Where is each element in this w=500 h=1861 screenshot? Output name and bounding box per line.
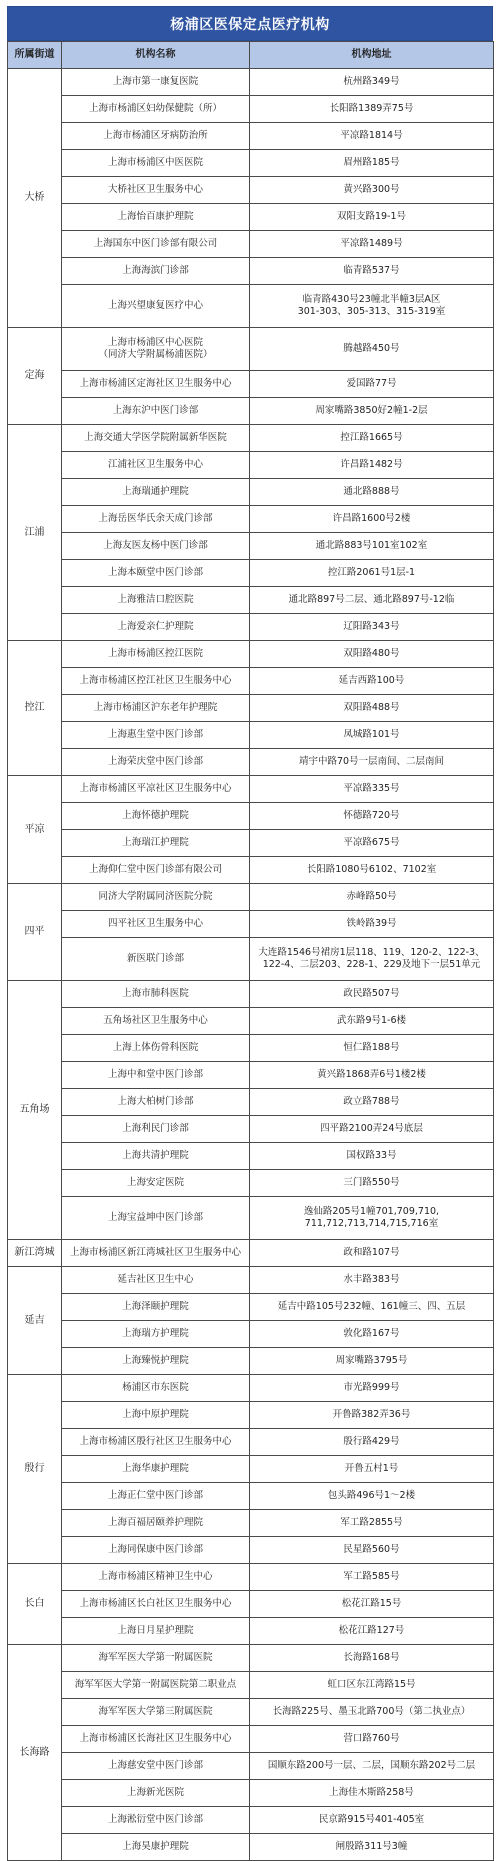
institution-name: 上海怀德护理院 bbox=[64, 810, 247, 822]
institution-name: 上海市肺科医院 bbox=[64, 988, 247, 1000]
institution-address: 殷行路429号 bbox=[252, 1436, 491, 1448]
institution-name-cell: 四平社区卫生服务中心 bbox=[62, 911, 250, 938]
institution-address: 双阳支路19-1号 bbox=[252, 211, 491, 223]
institution-address: 长阳路1389弄75号 bbox=[252, 103, 491, 115]
institution-address: 许昌路1600号2楼 bbox=[252, 513, 491, 525]
institution-name-cell: 海军军医大学第一附属医院 bbox=[62, 1645, 250, 1672]
institution-address-cell: 长海路225号、墨玉北路700号（第二执业点） bbox=[250, 1699, 494, 1726]
institution-name-cell: 延吉社区卫生中心 bbox=[62, 1267, 250, 1294]
institution-name-cell: 上海兴望康复医疗中心 bbox=[62, 285, 250, 328]
institution-address-cell: 控江路1665号 bbox=[250, 425, 494, 452]
institution-address-cell: 怀德路720号 bbox=[250, 803, 494, 830]
institution-address: 通北路897号二层、通北路897号-12临 bbox=[252, 594, 491, 606]
institution-address: 平凉路1489号 bbox=[252, 238, 491, 250]
institution-address: 黄兴路300号 bbox=[252, 184, 491, 196]
header-name: 机构名称 bbox=[62, 42, 250, 69]
institution-name: 上海惠生堂中医门诊部 bbox=[64, 729, 247, 741]
table-row: 上海中原护理院开鲁路382弄36号 bbox=[8, 1402, 494, 1429]
institution-address: 凤城路101号 bbox=[252, 729, 491, 741]
institution-name: 上海上体伤骨科医院 bbox=[64, 1042, 247, 1054]
table-header-row: 所属街道 机构名称 机构地址 bbox=[8, 42, 494, 69]
institution-address-cell: 武东路9号1-6楼 bbox=[250, 1008, 494, 1035]
institution-name-cell: 上海市杨浦区殷行社区卫生服务中心 bbox=[62, 1429, 250, 1456]
institution-name-cell: 上海安定医院 bbox=[62, 1170, 250, 1197]
table-row: 四平同济大学附属同济医院分院赤峰路50号 bbox=[8, 884, 494, 911]
institution-address: 营口路760号 bbox=[252, 1733, 491, 1745]
institution-name-cell: 上海市杨浦区长海社区卫生服务中心 bbox=[62, 1726, 250, 1753]
institution-name: 上海市杨浦区平凉社区卫生服务中心 bbox=[64, 783, 247, 795]
institution-name: 上海市杨浦区长白社区卫生服务中心 bbox=[64, 1598, 247, 1610]
street-cell: 四平 bbox=[8, 884, 62, 981]
institution-name: 上海华康护理院 bbox=[64, 1463, 247, 1475]
table-row: 上海爱亲仁护理院辽阳路343号 bbox=[8, 614, 494, 641]
institution-name: 上海市杨浦区妇幼保健院（所） bbox=[64, 103, 247, 115]
table-row: 上海泽颐护理院延吉中路105号232幢、161幢三、四、五层 bbox=[8, 1294, 494, 1321]
institution-name-cell: 上海利民门诊部 bbox=[62, 1116, 250, 1143]
institution-address-cell: 临青路430号23幢北半幢3层A区301-303、305-313、315-319… bbox=[250, 285, 494, 328]
institution-address: 301-303、305-313、315-319室 bbox=[252, 306, 491, 318]
institution-name: 上海市杨浦区牙病防治所 bbox=[64, 130, 247, 142]
institution-name-cell: 上海日月星护理院 bbox=[62, 1618, 250, 1645]
institution-name: 上海爱亲仁护理院 bbox=[64, 621, 247, 633]
table-row: 上海市杨浦区牙病防治所平凉路1814号 bbox=[8, 123, 494, 150]
institution-name-cell: 上海怀德护理院 bbox=[62, 803, 250, 830]
institution-address-cell: 军工路2855号 bbox=[250, 1510, 494, 1537]
institution-address: 赤峰路50号 bbox=[252, 891, 491, 903]
table-row: 上海大柏树门诊部政立路788号 bbox=[8, 1089, 494, 1116]
institution-name-cell: 杨浦区市东医院 bbox=[62, 1375, 250, 1402]
institution-name: 上海市杨浦区中医医院 bbox=[64, 157, 247, 169]
institution-name: 上海市杨浦区新江湾城社区卫生服务中心 bbox=[64, 1247, 247, 1259]
institution-name-cell: 上海瑞通护理院 bbox=[62, 479, 250, 506]
institution-address-cell: 国顺东路200号一层、二层，国顺东路202号二层 bbox=[250, 1753, 494, 1780]
table-title: 杨浦区医保定点医疗机构 bbox=[7, 6, 493, 41]
institution-address: 大连路1546号裙房1层118、119、120-2、122-3、 bbox=[252, 947, 491, 959]
institution-name-cell: 上海市杨浦区中医医院 bbox=[62, 150, 250, 177]
institution-address-cell: 民京路915号401-405室 bbox=[250, 1807, 494, 1827]
institution-name-cell: 上海雅洁口腔医院 bbox=[62, 587, 250, 614]
institution-name-cell: 上海市肺科医院 bbox=[62, 981, 250, 1008]
table-row: 上海慈安堂中医门诊部国顺东路200号一层、二层，国顺东路202号二层 bbox=[8, 1753, 494, 1780]
institution-address: 控江路2061号1层-1 bbox=[252, 567, 491, 579]
institution-name-cell: 上海海滨门诊部 bbox=[62, 258, 250, 285]
institution-name: 上海大柏树门诊部 bbox=[64, 1096, 247, 1108]
table-row: 上海荣庆堂中医门诊部靖宇中路70号一层南间、二层南间 bbox=[8, 749, 494, 776]
institution-address: 平凉路675号 bbox=[252, 837, 491, 849]
institution-name-cell: 大桥社区卫生服务中心 bbox=[62, 177, 250, 204]
street-cell: 殷行 bbox=[8, 1375, 62, 1564]
institution-address: 敦化路167号 bbox=[252, 1328, 491, 1340]
institution-name: 上海市第一康复医院 bbox=[64, 76, 247, 88]
document-page: 杨浦区医保定点医疗机构 所属街道 机构名称 机构地址 大桥上海市第一康复医院杭州… bbox=[7, 6, 493, 1826]
institution-address: 临青路537号 bbox=[252, 265, 491, 277]
table-row: 上海怀德护理院怀德路720号 bbox=[8, 803, 494, 830]
institution-address-cell: 恒仁路188号 bbox=[250, 1035, 494, 1062]
institution-address-cell: 铁岭路39号 bbox=[250, 911, 494, 938]
institution-address-cell: 延吉中路105号232幢、161幢三、四、五层 bbox=[250, 1294, 494, 1321]
institution-name: 上海泽颐护理院 bbox=[64, 1301, 247, 1313]
institution-name-cell: 上海友医友杨中医门诊部 bbox=[62, 533, 250, 560]
institution-address: 政立路788号 bbox=[252, 1096, 491, 1108]
institution-address: 周家嘴路3795号 bbox=[252, 1355, 491, 1367]
institution-name: 上海交通大学医学院附属新华医院 bbox=[64, 432, 247, 444]
institution-address: 政民路507号 bbox=[252, 988, 491, 1000]
table-row: 上海淞衍堂中医门诊部民京路915号401-405室 bbox=[8, 1807, 494, 1827]
table-row: 上海国东中医门诊部有限公司平凉路1489号 bbox=[8, 231, 494, 258]
street-cell: 定海 bbox=[8, 328, 62, 425]
institution-name-cell: 上海市杨浦区牙病防治所 bbox=[62, 123, 250, 150]
institution-name-cell: 上海瑞方护理院 bbox=[62, 1321, 250, 1348]
institution-name: 上海东沪中医门诊部 bbox=[64, 405, 247, 417]
institution-address: 双阳路480号 bbox=[252, 648, 491, 660]
institution-address-cell: 三门路550号 bbox=[250, 1170, 494, 1197]
table-row: 上海市杨浦区中医医院眉州路185号 bbox=[8, 150, 494, 177]
institution-name: 上海海滨门诊部 bbox=[64, 265, 247, 277]
institution-name: 上海中原护理院 bbox=[64, 1409, 247, 1421]
institution-address: 政和路107号 bbox=[252, 1247, 491, 1259]
table-row: 五角场上海市肺科医院政民路507号 bbox=[8, 981, 494, 1008]
institution-address: 杭州路349号 bbox=[252, 76, 491, 88]
institution-name-cell: 上海市杨浦区控江医院 bbox=[62, 641, 250, 668]
table-row: 四平社区卫生服务中心铁岭路39号 bbox=[8, 911, 494, 938]
table-row: 上海华康护理院开鲁五村1号 bbox=[8, 1456, 494, 1483]
institution-name: 上海共清护理院 bbox=[64, 1150, 247, 1162]
institution-name-cell: 五角场社区卫生服务中心 bbox=[62, 1008, 250, 1035]
institution-name-cell: 上海本颐堂中医门诊部 bbox=[62, 560, 250, 587]
institution-address-cell: 长海路168号 bbox=[250, 1645, 494, 1672]
institution-address: 平凉路1814号 bbox=[252, 130, 491, 142]
table-row: 上海雅洁口腔医院通北路897号二层、通北路897号-12临 bbox=[8, 587, 494, 614]
institution-address-cell: 通北路883号101室102室 bbox=[250, 533, 494, 560]
institution-address-cell: 营口路760号 bbox=[250, 1726, 494, 1753]
institution-name-cell: 同济大学附属同济医院分院 bbox=[62, 884, 250, 911]
institution-name-cell: 上海臻悦护理院 bbox=[62, 1348, 250, 1375]
institution-address: 四平路2100弄24号底层 bbox=[252, 1123, 491, 1135]
institution-address-cell: 国权路33号 bbox=[250, 1143, 494, 1170]
table-row: 上海怡百康护理院双阳支路19-1号 bbox=[8, 204, 494, 231]
institution-address-cell: 虹口区东江湾路15号 bbox=[250, 1672, 494, 1699]
institution-name: 海军军医大学第三附属医院 bbox=[64, 1706, 247, 1718]
table-row: 上海东沪中医门诊部周家嘴路3850好2幢1-2层 bbox=[8, 398, 494, 425]
institution-name: 上海瑞方护理院 bbox=[64, 1328, 247, 1340]
institution-name-cell: 上海市第一康复医院 bbox=[62, 69, 250, 96]
institutions-table: 所属街道 机构名称 机构地址 大桥上海市第一康复医院杭州路349号上海市杨浦区妇… bbox=[7, 41, 494, 1826]
institution-name: 上海瑞通护理院 bbox=[64, 486, 247, 498]
institution-name-cell: 海军军医大学第三附属医院 bbox=[62, 1699, 250, 1726]
institution-address: 松花江路127号 bbox=[252, 1625, 491, 1637]
institution-address-cell: 赤峰路50号 bbox=[250, 884, 494, 911]
institution-name: 上海慈安堂中医门诊部 bbox=[64, 1760, 247, 1772]
table-row: 上海市杨浦区妇幼保健院（所）长阳路1389弄75号 bbox=[8, 96, 494, 123]
institution-name: 上海国东中医门诊部有限公司 bbox=[64, 238, 247, 250]
institution-name-cell: 上海怡百康护理院 bbox=[62, 204, 250, 231]
institution-name: 大桥社区卫生服务中心 bbox=[64, 184, 247, 196]
institution-name-cell: 上海中和堂中医门诊部 bbox=[62, 1062, 250, 1089]
table-row: 上海市杨浦区控江社区卫生服务中心延吉西路100号 bbox=[8, 668, 494, 695]
institution-address-cell: 上海佳木斯路258号 bbox=[250, 1780, 494, 1807]
table-row: 上海市杨浦区沪东老年护理院双阳路488号 bbox=[8, 695, 494, 722]
table-row: 上海臻悦护理院周家嘴路3795号 bbox=[8, 1348, 494, 1375]
institution-address-cell: 通北路897号二层、通北路897号-12临 bbox=[250, 587, 494, 614]
institution-name: 上海市杨浦区长海社区卫生服务中心 bbox=[64, 1733, 247, 1745]
institution-name: 上海安定医院 bbox=[64, 1177, 247, 1189]
institution-address-cell: 控江路2061号1层-1 bbox=[250, 560, 494, 587]
institution-name-cell: 上海瑞江护理院 bbox=[62, 830, 250, 857]
table-row: 殷行杨浦区市东医院市光路999号 bbox=[8, 1375, 494, 1402]
table-row: 上海上体伤骨科医院恒仁路188号 bbox=[8, 1035, 494, 1062]
institution-address: 爱国路77号 bbox=[252, 378, 491, 390]
institution-address-cell: 长阳路1080号6102、7102室 bbox=[250, 857, 494, 884]
institution-address: 许昌路1482号 bbox=[252, 459, 491, 471]
institution-name: 海军军医大学第一附属医院 bbox=[64, 1652, 247, 1664]
table-row: 控江上海市杨浦区控江医院双阳路480号 bbox=[8, 641, 494, 668]
institution-name-cell: 上海仰仁堂中医门诊部有限公司 bbox=[62, 857, 250, 884]
table-row: 上海中和堂中医门诊部黄兴路1868弄6号1楼2楼 bbox=[8, 1062, 494, 1089]
institution-name-cell: 上海华康护理院 bbox=[62, 1456, 250, 1483]
institution-name: 上海瑞江护理院 bbox=[64, 837, 247, 849]
institution-address-cell: 军工路585号 bbox=[250, 1564, 494, 1591]
institution-address-cell: 水丰路383号 bbox=[250, 1267, 494, 1294]
table-row: 上海安定医院三门路550号 bbox=[8, 1170, 494, 1197]
institution-name-cell: 上海市杨浦区新江湾城社区卫生服务中心 bbox=[62, 1240, 250, 1267]
table-row: 平凉上海市杨浦区平凉社区卫生服务中心平凉路335号 bbox=[8, 776, 494, 803]
institution-name-cell: 上海宝益坤中医门诊部 bbox=[62, 1197, 250, 1240]
institution-name: 上海淞衍堂中医门诊部 bbox=[64, 1814, 247, 1826]
institution-address-cell: 周家嘴路3850好2幢1-2层 bbox=[250, 398, 494, 425]
table-row: 上海本颐堂中医门诊部控江路2061号1层-1 bbox=[8, 560, 494, 587]
institution-name: 五角场社区卫生服务中心 bbox=[64, 1015, 247, 1027]
institution-address: 控江路1665号 bbox=[252, 432, 491, 444]
institution-name: 上海市杨浦区殷行社区卫生服务中心 bbox=[64, 1436, 247, 1448]
table-row: 大桥上海市第一康复医院杭州路349号 bbox=[8, 69, 494, 96]
street-cell: 江浦 bbox=[8, 425, 62, 641]
institution-address-cell: 双阳路488号 bbox=[250, 695, 494, 722]
table-row: 上海日月星护理院松花江路127号 bbox=[8, 1618, 494, 1645]
institution-name: 上海日月星护理院 bbox=[64, 1625, 247, 1637]
institution-address-cell: 双阳支路19-1号 bbox=[250, 204, 494, 231]
institution-name: 上海市杨浦区沪东老年护理院 bbox=[64, 702, 247, 714]
institution-name: 上海新光医院 bbox=[64, 1787, 247, 1799]
table-row: 上海市杨浦区长白社区卫生服务中心松花江路15号 bbox=[8, 1591, 494, 1618]
institution-name: 江浦社区卫生服务中心 bbox=[64, 459, 247, 471]
institution-name-cell: 新医联门诊部 bbox=[62, 938, 250, 981]
institution-address: 通北路883号101室102室 bbox=[252, 540, 491, 552]
institution-address-cell: 爱国路77号 bbox=[250, 371, 494, 398]
institution-address: 通北路888号 bbox=[252, 486, 491, 498]
institution-name-cell: 上海市杨浦区妇幼保健院（所） bbox=[62, 96, 250, 123]
table-body: 大桥上海市第一康复医院杭州路349号上海市杨浦区妇幼保健院（所）长阳路1389弄… bbox=[8, 69, 494, 1827]
institution-address: 平凉路335号 bbox=[252, 783, 491, 795]
institution-address-cell: 松花江路15号 bbox=[250, 1591, 494, 1618]
street-cell: 大桥 bbox=[8, 69, 62, 328]
table-row: 海军军医大学第一附属医院第二职业点虹口区东江湾路15号 bbox=[8, 1672, 494, 1699]
institution-name: 新医联门诊部 bbox=[64, 953, 247, 965]
table-row: 上海岳医华氏余天成门诊部许昌路1600号2楼 bbox=[8, 506, 494, 533]
institution-name-cell: 上海新光医院 bbox=[62, 1780, 250, 1807]
street-cell: 长白 bbox=[8, 1564, 62, 1645]
institution-name: 上海仰仁堂中医门诊部有限公司 bbox=[64, 864, 247, 876]
institution-address-cell: 平凉路1489号 bbox=[250, 231, 494, 258]
institution-address: 延吉中路105号232幢、161幢三、四、五层 bbox=[252, 1301, 491, 1313]
table-row: 海军军医大学第三附属医院长海路225号、墨玉北路700号（第二执业点） bbox=[8, 1699, 494, 1726]
institution-address-cell: 通北路888号 bbox=[250, 479, 494, 506]
institution-name: 上海同保康中医门诊部 bbox=[64, 1544, 247, 1556]
institution-address-cell: 四平路2100弄24号底层 bbox=[250, 1116, 494, 1143]
institution-name-cell: 上海百福居颐养护理院 bbox=[62, 1510, 250, 1537]
institution-name: 上海中和堂中医门诊部 bbox=[64, 1069, 247, 1081]
institution-name: 上海本颐堂中医门诊部 bbox=[64, 567, 247, 579]
institution-name-cell: 上海市杨浦区定海社区卫生服务中心 bbox=[62, 371, 250, 398]
street-cell: 平凉 bbox=[8, 776, 62, 884]
institution-name: 上海市杨浦区精神卫生中心 bbox=[64, 1571, 247, 1583]
institution-name: 上海市杨浦区控江社区卫生服务中心 bbox=[64, 675, 247, 687]
street-cell: 长海路 bbox=[8, 1645, 62, 1827]
table-row: 上海友医友杨中医门诊部通北路883号101室102室 bbox=[8, 533, 494, 560]
institution-address-cell: 靖宇中路70号一层南间、二层南间 bbox=[250, 749, 494, 776]
institution-address: 眉州路185号 bbox=[252, 157, 491, 169]
table-row: 上海市杨浦区殷行社区卫生服务中心殷行路429号 bbox=[8, 1429, 494, 1456]
institution-address-cell: 双阳路480号 bbox=[250, 641, 494, 668]
institution-address-cell: 民星路560号 bbox=[250, 1537, 494, 1564]
institution-name-cell: 上海淞衍堂中医门诊部 bbox=[62, 1807, 250, 1827]
institution-name-cell: 上海市杨浦区沪东老年护理院 bbox=[62, 695, 250, 722]
table-row: 上海新光医院上海佳木斯路258号 bbox=[8, 1780, 494, 1807]
institution-name: 上海正仁堂中医门诊部 bbox=[64, 1490, 247, 1502]
institution-address-cell: 许昌路1600号2楼 bbox=[250, 506, 494, 533]
institution-address: 长海路168号 bbox=[252, 1652, 491, 1664]
table-row: 上海仰仁堂中医门诊部有限公司长阳路1080号6102、7102室 bbox=[8, 857, 494, 884]
table-row: 五角场社区卫生服务中心武东路9号1-6楼 bbox=[8, 1008, 494, 1035]
institution-name: 上海宝益坤中医门诊部 bbox=[64, 1212, 247, 1224]
institution-name: 上海友医友杨中医门诊部 bbox=[64, 540, 247, 552]
institution-address-cell: 周家嘴路3795号 bbox=[250, 1348, 494, 1375]
street-cell: 五角场 bbox=[8, 981, 62, 1240]
institution-name-cell: 上海上体伤骨科医院 bbox=[62, 1035, 250, 1062]
institution-name-cell: 上海慈安堂中医门诊部 bbox=[62, 1753, 250, 1780]
institution-address-cell: 眉州路185号 bbox=[250, 150, 494, 177]
institution-name-cell: 上海交通大学医学院附属新华医院 bbox=[62, 425, 250, 452]
institution-name-cell: 上海中原护理院 bbox=[62, 1402, 250, 1429]
institution-name-cell: 上海国东中医门诊部有限公司 bbox=[62, 231, 250, 258]
institution-address: 军工路2855号 bbox=[252, 1517, 491, 1529]
institution-address-cell: 松花江路127号 bbox=[250, 1618, 494, 1645]
institution-address-cell: 许昌路1482号 bbox=[250, 452, 494, 479]
institution-name: 上海利民门诊部 bbox=[64, 1123, 247, 1135]
institution-address: 黄兴路1868弄6号1楼2楼 bbox=[252, 1069, 491, 1081]
institution-address-cell: 平凉路675号 bbox=[250, 830, 494, 857]
institution-address: 三门路550号 bbox=[252, 1177, 491, 1189]
table-row: 上海正仁堂中医门诊部包头路496号1～2楼 bbox=[8, 1483, 494, 1510]
institution-address: 怀德路720号 bbox=[252, 810, 491, 822]
table-row: 上海瑞通护理院通北路888号 bbox=[8, 479, 494, 506]
institution-name: 上海怡百康护理院 bbox=[64, 211, 247, 223]
institution-name-cell: 海军军医大学第一附属医院第二职业点 bbox=[62, 1672, 250, 1699]
institution-address: 虹口区东江湾路15号 bbox=[252, 1679, 491, 1691]
institution-address: 水丰路383号 bbox=[252, 1274, 491, 1286]
institution-name: 上海市杨浦区控江医院 bbox=[64, 648, 247, 660]
table-row: 上海兴望康复医疗中心临青路430号23幢北半幢3层A区301-303、305-3… bbox=[8, 285, 494, 328]
institution-name-cell: 上海爱亲仁护理院 bbox=[62, 614, 250, 641]
table-row: 上海惠生堂中医门诊部凤城路101号 bbox=[8, 722, 494, 749]
institution-name: （同济大学附属杨浦医院） bbox=[64, 349, 247, 361]
institution-address: 临青路430号23幢北半幢3层A区 bbox=[252, 294, 491, 306]
institution-name-cell: 上海泽颐护理院 bbox=[62, 1294, 250, 1321]
institution-address: 武东路9号1-6楼 bbox=[252, 1015, 491, 1027]
institution-address-cell: 大连路1546号裙房1层118、119、120-2、122-3、122-4、二层… bbox=[250, 938, 494, 981]
institution-name: 杨浦区市东医院 bbox=[64, 1382, 247, 1394]
table-row: 新江湾城上海市杨浦区新江湾城社区卫生服务中心政和路107号 bbox=[8, 1240, 494, 1267]
institution-address: 长阳路1080号6102、7102室 bbox=[252, 864, 491, 876]
institution-name-cell: 上海市杨浦区中心医院（同济大学附属杨浦医院） bbox=[62, 328, 250, 371]
table-row: 上海瑞江护理院平凉路675号 bbox=[8, 830, 494, 857]
institution-address: 民京路915号401-405室 bbox=[252, 1814, 491, 1826]
institution-name: 上海百福居颐养护理院 bbox=[64, 1517, 247, 1529]
table-row: 长白上海市杨浦区精神卫生中心军工路585号 bbox=[8, 1564, 494, 1591]
table-row: 上海市杨浦区定海社区卫生服务中心爱国路77号 bbox=[8, 371, 494, 398]
institution-name-cell: 上海东沪中医门诊部 bbox=[62, 398, 250, 425]
institution-address: 上海佳木斯路258号 bbox=[252, 1787, 491, 1799]
institution-address-cell: 长阳路1389弄75号 bbox=[250, 96, 494, 123]
institution-address: 靖宇中路70号一层南间、二层南间 bbox=[252, 756, 491, 768]
institution-name-cell: 江浦社区卫生服务中心 bbox=[62, 452, 250, 479]
institution-name: 上海市杨浦区定海社区卫生服务中心 bbox=[64, 378, 247, 390]
institution-address-cell: 延吉西路100号 bbox=[250, 668, 494, 695]
institution-address: 辽阳路343号 bbox=[252, 621, 491, 633]
institution-address-cell: 黄兴路300号 bbox=[250, 177, 494, 204]
institution-address: 延吉西路100号 bbox=[252, 675, 491, 687]
institution-name: 延吉社区卫生中心 bbox=[64, 1274, 247, 1286]
street-cell: 延吉 bbox=[8, 1267, 62, 1375]
institution-address-cell: 临青路537号 bbox=[250, 258, 494, 285]
institution-address-cell: 凤城路101号 bbox=[250, 722, 494, 749]
institution-address: 开鲁五村1号 bbox=[252, 1463, 491, 1475]
institution-address: 国权路33号 bbox=[252, 1150, 491, 1162]
institution-name-cell: 上海共清护理院 bbox=[62, 1143, 250, 1170]
institution-address-cell: 开鲁路382弄36号 bbox=[250, 1402, 494, 1429]
institution-address: 市光路999号 bbox=[252, 1382, 491, 1394]
institution-name-cell: 上海市杨浦区平凉社区卫生服务中心 bbox=[62, 776, 250, 803]
table-row: 新医联门诊部大连路1546号裙房1层118、119、120-2、122-3、12… bbox=[8, 938, 494, 981]
institution-name: 上海荣庆堂中医门诊部 bbox=[64, 756, 247, 768]
table-row: 上海市杨浦区长海社区卫生服务中心营口路760号 bbox=[8, 1726, 494, 1753]
institution-name-cell: 上海市杨浦区长白社区卫生服务中心 bbox=[62, 1591, 250, 1618]
institution-name: 上海雅洁口腔医院 bbox=[64, 594, 247, 606]
table-row: 大桥社区卫生服务中心黄兴路300号 bbox=[8, 177, 494, 204]
institution-address: 国顺东路200号一层、二层，国顺东路202号二层 bbox=[252, 1760, 491, 1772]
institution-address: 铁岭路39号 bbox=[252, 918, 491, 930]
table-row: 定海上海市杨浦区中心医院（同济大学附属杨浦医院）腾越路450号 bbox=[8, 328, 494, 371]
institution-address: 周家嘴路3850好2幢1-2层 bbox=[252, 405, 491, 417]
table-row: 上海共清护理院国权路33号 bbox=[8, 1143, 494, 1170]
institution-name-cell: 上海正仁堂中医门诊部 bbox=[62, 1483, 250, 1510]
institution-address-cell: 包头路496号1～2楼 bbox=[250, 1483, 494, 1510]
institution-name-cell: 上海大柏树门诊部 bbox=[62, 1089, 250, 1116]
institution-address: 双阳路488号 bbox=[252, 702, 491, 714]
institution-address-cell: 政立路788号 bbox=[250, 1089, 494, 1116]
institution-address: 711,712,713,714,715,716室 bbox=[252, 1218, 491, 1230]
institution-address: 军工路585号 bbox=[252, 1571, 491, 1583]
institution-address-cell: 逸仙路205号1幢701,709,710,711,712,713,714,715… bbox=[250, 1197, 494, 1240]
institution-address: 腾越路450号 bbox=[252, 343, 491, 355]
institution-name: 四平社区卫生服务中心 bbox=[64, 918, 247, 930]
institution-address: 恒仁路188号 bbox=[252, 1042, 491, 1054]
institution-name-cell: 上海荣庆堂中医门诊部 bbox=[62, 749, 250, 776]
institution-address-cell: 政和路107号 bbox=[250, 1240, 494, 1267]
institution-address-cell: 敦化路167号 bbox=[250, 1321, 494, 1348]
institution-name-cell: 上海市杨浦区控江社区卫生服务中心 bbox=[62, 668, 250, 695]
institution-address: 包头路496号1～2楼 bbox=[252, 1490, 491, 1502]
table-row: 延吉延吉社区卫生中心水丰路383号 bbox=[8, 1267, 494, 1294]
